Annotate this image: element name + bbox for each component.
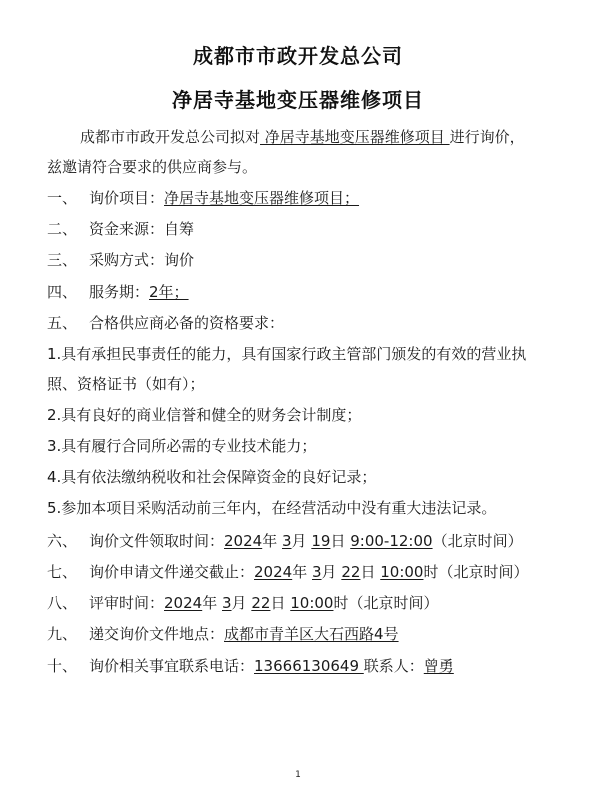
timezone-note: （北京时间）: [348, 594, 438, 612]
intro-paragraph-line2: 兹邀请符合要求的供应商参与。: [47, 157, 257, 177]
requirement-1-line2: 照、资格证书（如有）；: [47, 374, 205, 394]
section-label: 询价申请文件递交截止：: [89, 563, 254, 581]
requirement-5: 5.参加本项目采购活动前三年内，在经营活动中没有重大违法记录。: [47, 498, 496, 518]
section-label: 询价文件领取时间：: [89, 532, 224, 550]
section-label: 采购方式：: [89, 251, 164, 269]
section-number: 五、: [47, 313, 89, 333]
intro-paragraph-line1: 成都市市政开发总公司拟对 净居寺基地变压器维修项目 进行询价，: [80, 127, 525, 147]
section-label: 资金来源：: [89, 220, 164, 238]
section-label: 询价相关事宜联系电话：: [89, 657, 254, 675]
section-label: 递交询价文件地点：: [89, 625, 224, 643]
time: 10:00: [290, 594, 333, 612]
section-number: 九、: [47, 624, 89, 644]
intro-text-end: 进行询价，: [450, 128, 525, 146]
date-month: 3: [282, 532, 292, 550]
section-number: 一、: [47, 188, 89, 208]
date-day: 22: [341, 563, 360, 581]
hour-suffix: 时: [423, 563, 438, 581]
section-number: 三、: [47, 250, 89, 270]
section-number: 二、: [47, 219, 89, 239]
requirement-4: 4.具有依法缴纳税收和社会保障资金的良好记录；: [47, 467, 376, 487]
document-page: 成都市市政开发总公司 净居寺基地变压器维修项目 成都市市政开发总公司拟对 净居寺…: [0, 0, 596, 806]
section-qualifications: 五、合格供应商必备的资格要求：: [47, 313, 284, 333]
day-suffix: 日: [360, 563, 375, 581]
section-number: 七、: [47, 562, 89, 582]
page-number: 1: [0, 770, 596, 780]
date-day: 22: [251, 594, 270, 612]
date-month: 3: [312, 563, 322, 581]
section-number: 十、: [47, 656, 89, 676]
day-suffix: 日: [270, 594, 285, 612]
section-value: 询价: [164, 251, 194, 269]
section-value: 自筹: [164, 220, 194, 238]
section-value: 净居寺基地变压器维修项目；: [164, 189, 359, 207]
section-evaluation-time: 八、评审时间：2024年 3月 22日 10:00时（北京时间）: [47, 593, 439, 613]
section-inquiry-project: 一、询价项目：净居寺基地变压器维修项目；: [47, 188, 359, 208]
requirement-3: 3.具有履行合同所必需的专业技术能力；: [47, 436, 316, 456]
section-document-collection-time: 六、询价文件领取时间：2024年 3月 19日 9:00-12:00（北京时间）: [47, 531, 523, 551]
contact-phone: 13666130649: [254, 657, 364, 675]
hour-suffix: 时: [333, 594, 348, 612]
section-label: 询价项目：: [89, 189, 164, 207]
contact-person: 曾勇: [424, 657, 454, 675]
intro-project-name: 净居寺基地变压器维修项目: [260, 128, 450, 146]
section-value: 2年；: [149, 283, 189, 301]
section-funding-source: 二、资金来源：自筹: [47, 219, 194, 239]
day-suffix: 日: [330, 532, 345, 550]
year-suffix: 年: [262, 532, 277, 550]
date-day: 19: [311, 532, 330, 550]
section-submission-deadline: 七、询价申请文件递交截止：2024年 3月 22日 10:00时（北京时间）: [47, 562, 529, 582]
section-procurement-method: 三、采购方式：询价: [47, 250, 194, 270]
date-year: 2024: [254, 563, 292, 581]
intro-text: 成都市市政开发总公司拟对: [80, 128, 260, 146]
address: 成都市青羊区大石西路4号: [224, 625, 399, 643]
section-submission-location: 九、递交询价文件地点：成都市青羊区大石西路4号: [47, 624, 399, 644]
requirement-1-line1: 1.具有承担民事责任的能力，具有国家行政主管部门颁发的有效的营业执: [47, 344, 526, 364]
date-month: 3: [222, 594, 232, 612]
section-number: 八、: [47, 593, 89, 613]
date-year: 2024: [164, 594, 202, 612]
year-suffix: 年: [202, 594, 217, 612]
section-label: 合格供应商必备的资格要求：: [89, 314, 284, 332]
section-label: 评审时间：: [89, 594, 164, 612]
requirement-2: 2.具有良好的商业信誉和健全的财务会计制度；: [47, 405, 361, 425]
date-year: 2024: [224, 532, 262, 550]
month-suffix: 月: [292, 532, 307, 550]
section-number: 四、: [47, 282, 89, 302]
section-service-period: 四、服务期：2年；: [47, 282, 189, 302]
year-suffix: 年: [292, 563, 307, 581]
timezone-note: （北京时间）: [438, 563, 528, 581]
contact-person-label: 联系人：: [364, 657, 424, 675]
section-number: 六、: [47, 531, 89, 551]
document-title-project: 净居寺基地变压器维修项目: [0, 84, 596, 113]
section-contact: 十、询价相关事宜联系电话：13666130649 联系人：曾勇: [47, 656, 454, 676]
month-suffix: 月: [322, 563, 337, 581]
month-suffix: 月: [232, 594, 247, 612]
section-label: 服务期：: [89, 283, 149, 301]
timezone-note: （北京时间）: [433, 532, 523, 550]
document-title-org: 成都市市政开发总公司: [0, 40, 596, 69]
time: 10:00: [380, 563, 423, 581]
time-range: 9:00-12:00: [350, 532, 432, 550]
